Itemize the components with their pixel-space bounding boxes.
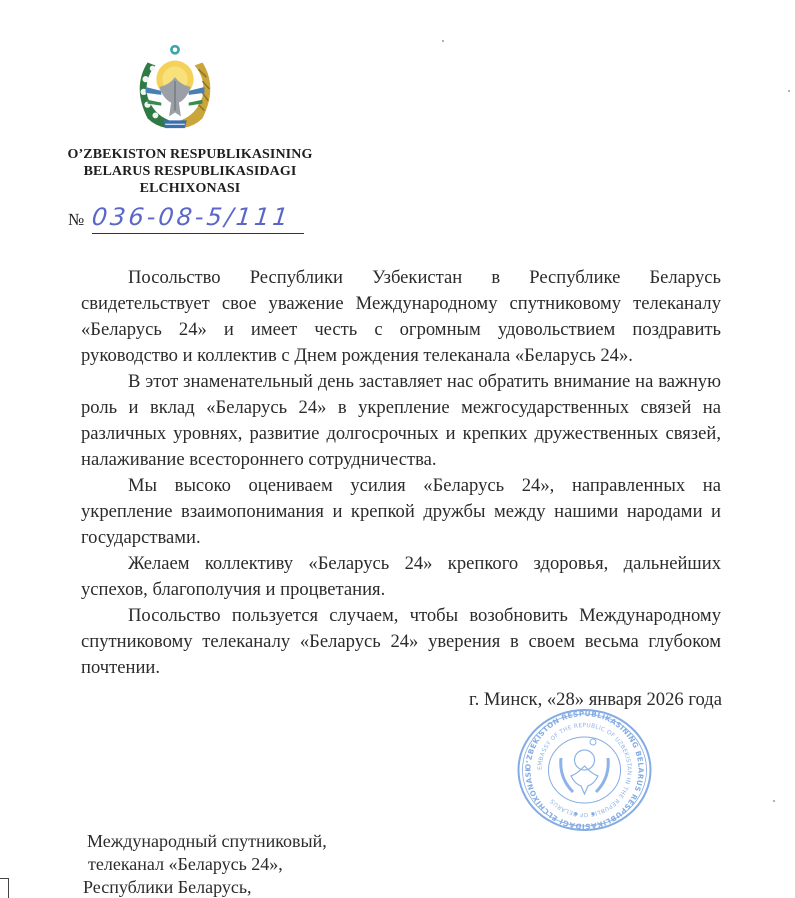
embassy-letterhead: O’ZBEKISTON RESPUBLIKASINING BELARUS RES… (50, 146, 330, 197)
paragraph-3: Мы высоко оцениваем усилия «Беларусь 24»… (81, 473, 721, 551)
addressee-line-3: Республики Беларусь, (83, 876, 327, 898)
letterhead-line-2: BELARUS RESPUBLIKASIDAGI (50, 163, 330, 180)
scan-edge-mark (0, 878, 9, 898)
place-and-date: г. Минск, «28» января 2026 года (469, 689, 722, 711)
paragraph-1: Посольство Республики Узбекистан в Респу… (81, 265, 721, 369)
paragraph-4: Желаем коллективу «Беларусь 24» крепкого… (81, 551, 721, 603)
handwritten-document-number: 036-08-5/111 (91, 203, 293, 231)
number-sign: № (68, 210, 84, 230)
number-underline (92, 233, 304, 234)
addressee-line-1: Международный спутниковый, (83, 830, 327, 853)
letterhead-line-1: O’ZBEKISTON RESPUBLIKASINING (50, 146, 330, 163)
document-number: № 036-08-5/111 (68, 203, 308, 237)
embassy-seal-stamp: O’ZBEKISTON RESPUBLIKASINING BELARUS RES… (513, 708, 656, 832)
letterhead-line-3: ELCHIXONASI (50, 180, 330, 197)
addressee-line-2: телеканал «Беларусь 24», (83, 853, 327, 876)
state-emblem-icon (126, 38, 224, 136)
scan-speck (773, 800, 775, 802)
document-page: O’ZBEKISTON RESPUBLIKASINING BELARUS RES… (0, 0, 795, 898)
paragraph-5: Посольство пользуется случаем, чтобы воз… (81, 603, 721, 681)
paragraph-2: В этот знаменательный день заставляет на… (81, 369, 721, 473)
scan-speck (442, 40, 444, 42)
scan-speck (788, 90, 790, 92)
addressee-block: Международный спутниковый, телеканал «Бе… (83, 830, 327, 898)
letter-body: Посольство Республики Узбекистан в Респу… (81, 265, 721, 681)
